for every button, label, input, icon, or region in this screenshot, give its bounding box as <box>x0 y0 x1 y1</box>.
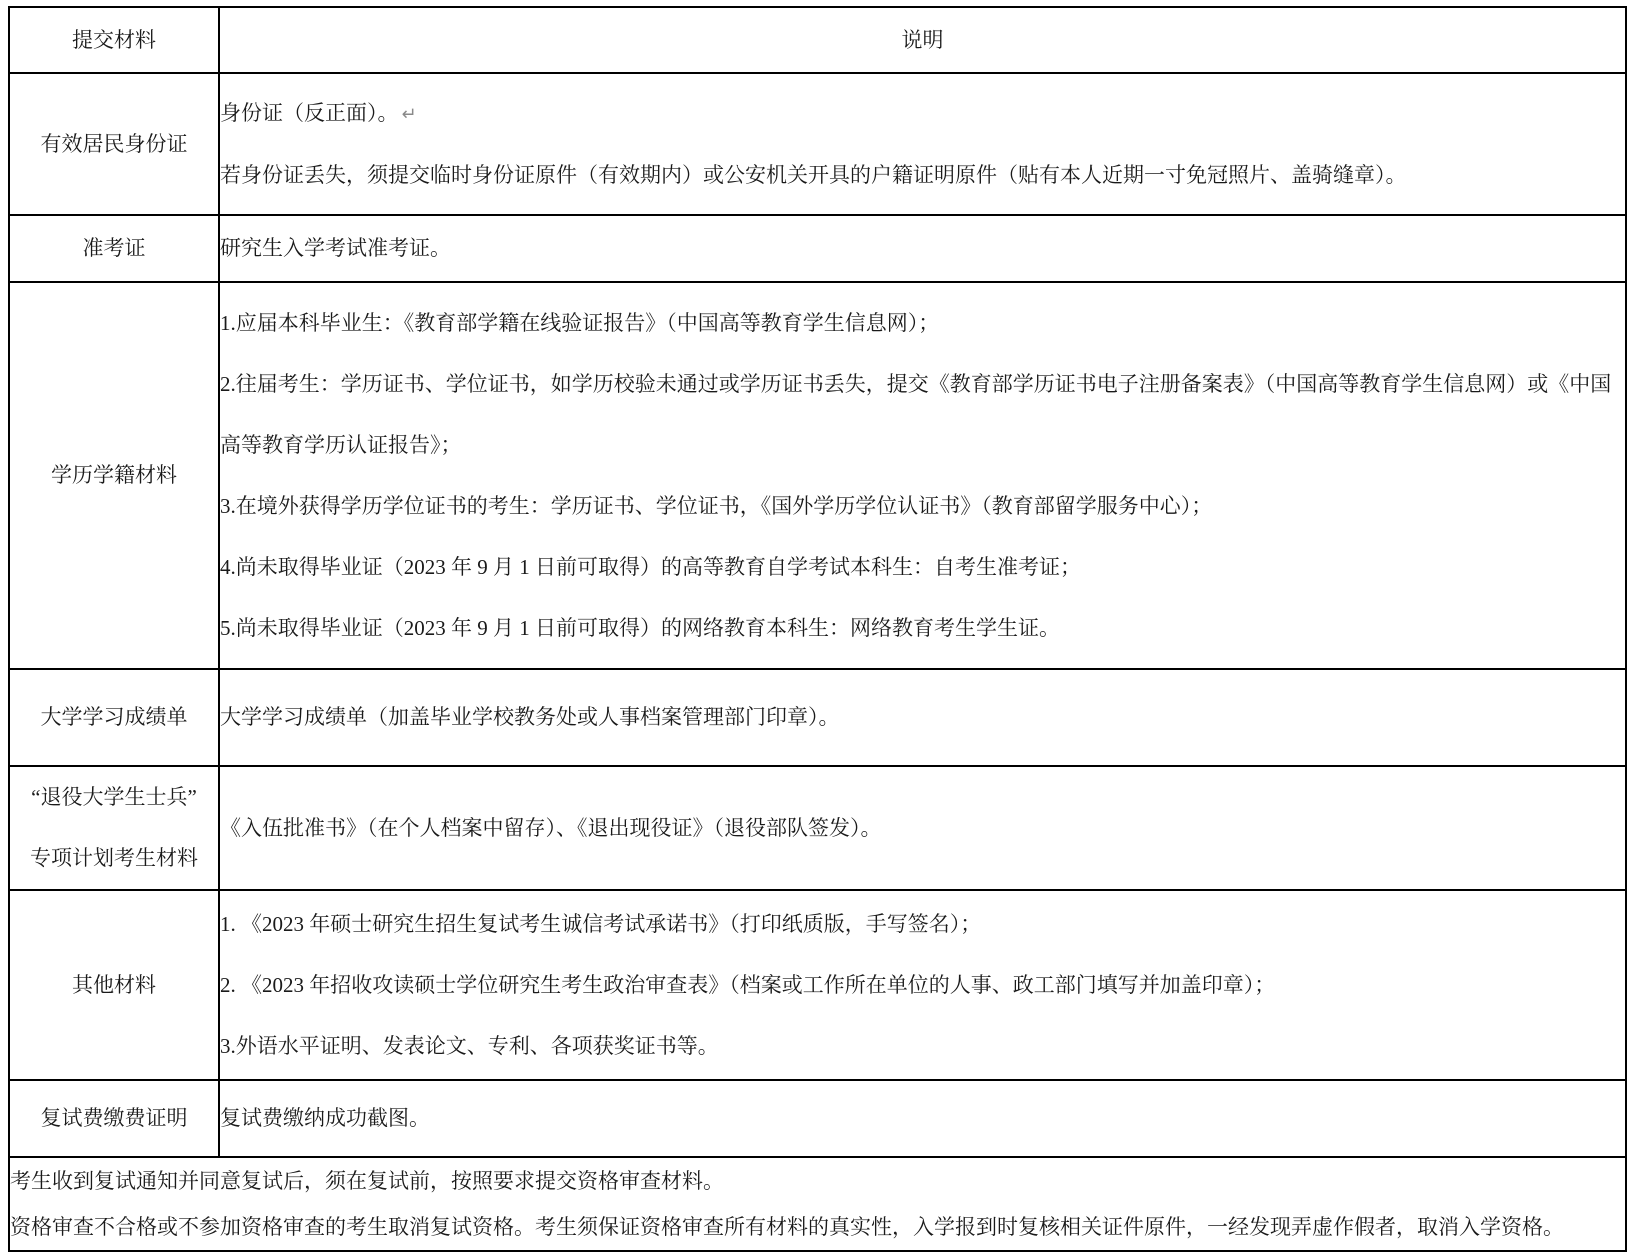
table-row: 大学学习成绩单 大学学习成绩单（加盖毕业学校教务处或人事档案管理部门印章）。 <box>9 669 1626 766</box>
description-line: 2. 《2023 年招收攻读硕士学位研究生考生政治审查表》（档案或工作所在单位的… <box>220 955 1625 1016</box>
table-row: 其他材料 1. 《2023 年硕士研究生招生复试考生诚信考试承诺书》（打印纸质版… <box>9 890 1626 1080</box>
material-cell: “退役大学生士兵” 专项计划考生材料 <box>9 766 219 890</box>
material-cell: 学历学籍材料 <box>9 282 219 669</box>
material-label: 其他材料 <box>10 955 218 1016</box>
material-label: 复试费缴费证明 <box>10 1088 218 1149</box>
material-cell: 准考证 <box>9 215 219 282</box>
document-page: 提交材料 说明 有效居民身份证 身份证（反正面）。↵ 若身份证丢失，须提交临时身… <box>0 0 1633 1255</box>
footnote-line: 资格审查不合格或不参加资格审查的考生取消复试资格。考生须保证资格审查所有材料的真… <box>10 1204 1625 1250</box>
description-line: 1.应届本科毕业生：《教育部学籍在线验证报告》（中国高等教育学生信息网）； <box>220 293 1625 354</box>
table-row: “退役大学生士兵” 专项计划考生材料 《入伍批准书》（在个人档案中留存）、《退出… <box>9 766 1626 890</box>
description-line: 3.在境外获得学历学位证书的考生：学历证书、学位证书，《国外学历学位认证书》（教… <box>220 476 1625 537</box>
column-header-material-label: 提交材料 <box>10 10 218 71</box>
material-label: 大学学习成绩单 <box>10 687 218 748</box>
description-cell: 研究生入学考试准考证。 <box>219 215 1626 282</box>
description-line: 4.尚未取得毕业证（2023 年 9 月 1 日前可取得）的高等教育自学考试本科… <box>220 537 1625 598</box>
material-label: 专项计划考生材料 <box>10 828 218 889</box>
table-row: 准考证 研究生入学考试准考证。 <box>9 215 1626 282</box>
description-line: 5.尚未取得毕业证（2023 年 9 月 1 日前可取得）的网络教育本科生：网络… <box>220 598 1625 659</box>
materials-table: 提交材料 说明 有效居民身份证 身份证（反正面）。↵ 若身份证丢失，须提交临时身… <box>8 6 1627 1252</box>
return-mark-icon: ↵ <box>402 104 417 125</box>
description-cell: 1.应届本科毕业生：《教育部学籍在线验证报告》（中国高等教育学生信息网）； 2.… <box>219 282 1626 669</box>
description-line: 1. 《2023 年硕士研究生招生复试考生诚信考试承诺书》（打印纸质版，手写签名… <box>220 894 1625 955</box>
table-row: 有效居民身份证 身份证（反正面）。↵ 若身份证丢失，须提交临时身份证原件（有效期… <box>9 73 1626 215</box>
table-footnote-row: 考生收到复试通知并同意复试后，须在复试前，按照要求提交资格审查材料。 资格审查不… <box>9 1157 1626 1251</box>
column-header-description-label: 说明 <box>220 10 1625 71</box>
material-label: 准考证 <box>10 218 218 279</box>
description-cell: 身份证（反正面）。↵ 若身份证丢失，须提交临时身份证原件（有效期内）或公安机关开… <box>219 73 1626 215</box>
material-cell: 复试费缴费证明 <box>9 1080 219 1157</box>
table-row: 复试费缴费证明 复试费缴纳成功截图。 <box>9 1080 1626 1157</box>
material-cell: 其他材料 <box>9 890 219 1080</box>
column-header-description: 说明 <box>219 7 1626 73</box>
description-cell: 大学学习成绩单（加盖毕业学校教务处或人事档案管理部门印章）。 <box>219 669 1626 766</box>
footnote-line: 考生收到复试通知并同意复试后，须在复试前，按照要求提交资格审查材料。 <box>10 1158 1625 1204</box>
table-header-row: 提交材料 说明 <box>9 7 1626 73</box>
description-line: 身份证（反正面）。↵ <box>220 83 1625 145</box>
description-line: 大学学习成绩单（加盖毕业学校教务处或人事档案管理部门印章）。 <box>220 687 1625 748</box>
column-header-material: 提交材料 <box>9 7 219 73</box>
material-cell: 大学学习成绩单 <box>9 669 219 766</box>
description-line: 若身份证丢失，须提交临时身份证原件（有效期内）或公安机关开具的户籍证明原件（贴有… <box>220 145 1625 206</box>
material-label: 有效居民身份证 <box>10 114 218 175</box>
description-line: 《入伍批准书》（在个人档案中留存）、《退出现役证》（退役部队签发）。 <box>220 798 1625 859</box>
material-cell: 有效居民身份证 <box>9 73 219 215</box>
description-line: 研究生入学考试准考证。 <box>220 218 1625 279</box>
table-footnote-cell: 考生收到复试通知并同意复试后，须在复试前，按照要求提交资格审查材料。 资格审查不… <box>9 1157 1626 1251</box>
material-label: “退役大学生士兵” <box>10 767 218 828</box>
description-cell: 《入伍批准书》（在个人档案中留存）、《退出现役证》（退役部队签发）。 <box>219 766 1626 890</box>
table-row: 学历学籍材料 1.应届本科毕业生：《教育部学籍在线验证报告》（中国高等教育学生信… <box>9 282 1626 669</box>
description-text: 身份证（反正面）。 <box>220 101 399 125</box>
description-line: 3.外语水平证明、发表论文、专利、各项获奖证书等。 <box>220 1016 1625 1077</box>
description-cell: 1. 《2023 年硕士研究生招生复试考生诚信考试承诺书》（打印纸质版，手写签名… <box>219 890 1626 1080</box>
description-cell: 复试费缴纳成功截图。 <box>219 1080 1626 1157</box>
description-line: 2.往届考生：学历证书、学位证书，如学历校验未通过或学历证书丢失，提交《教育部学… <box>220 354 1625 476</box>
material-label: 学历学籍材料 <box>10 445 218 506</box>
description-line: 复试费缴纳成功截图。 <box>220 1088 1625 1149</box>
